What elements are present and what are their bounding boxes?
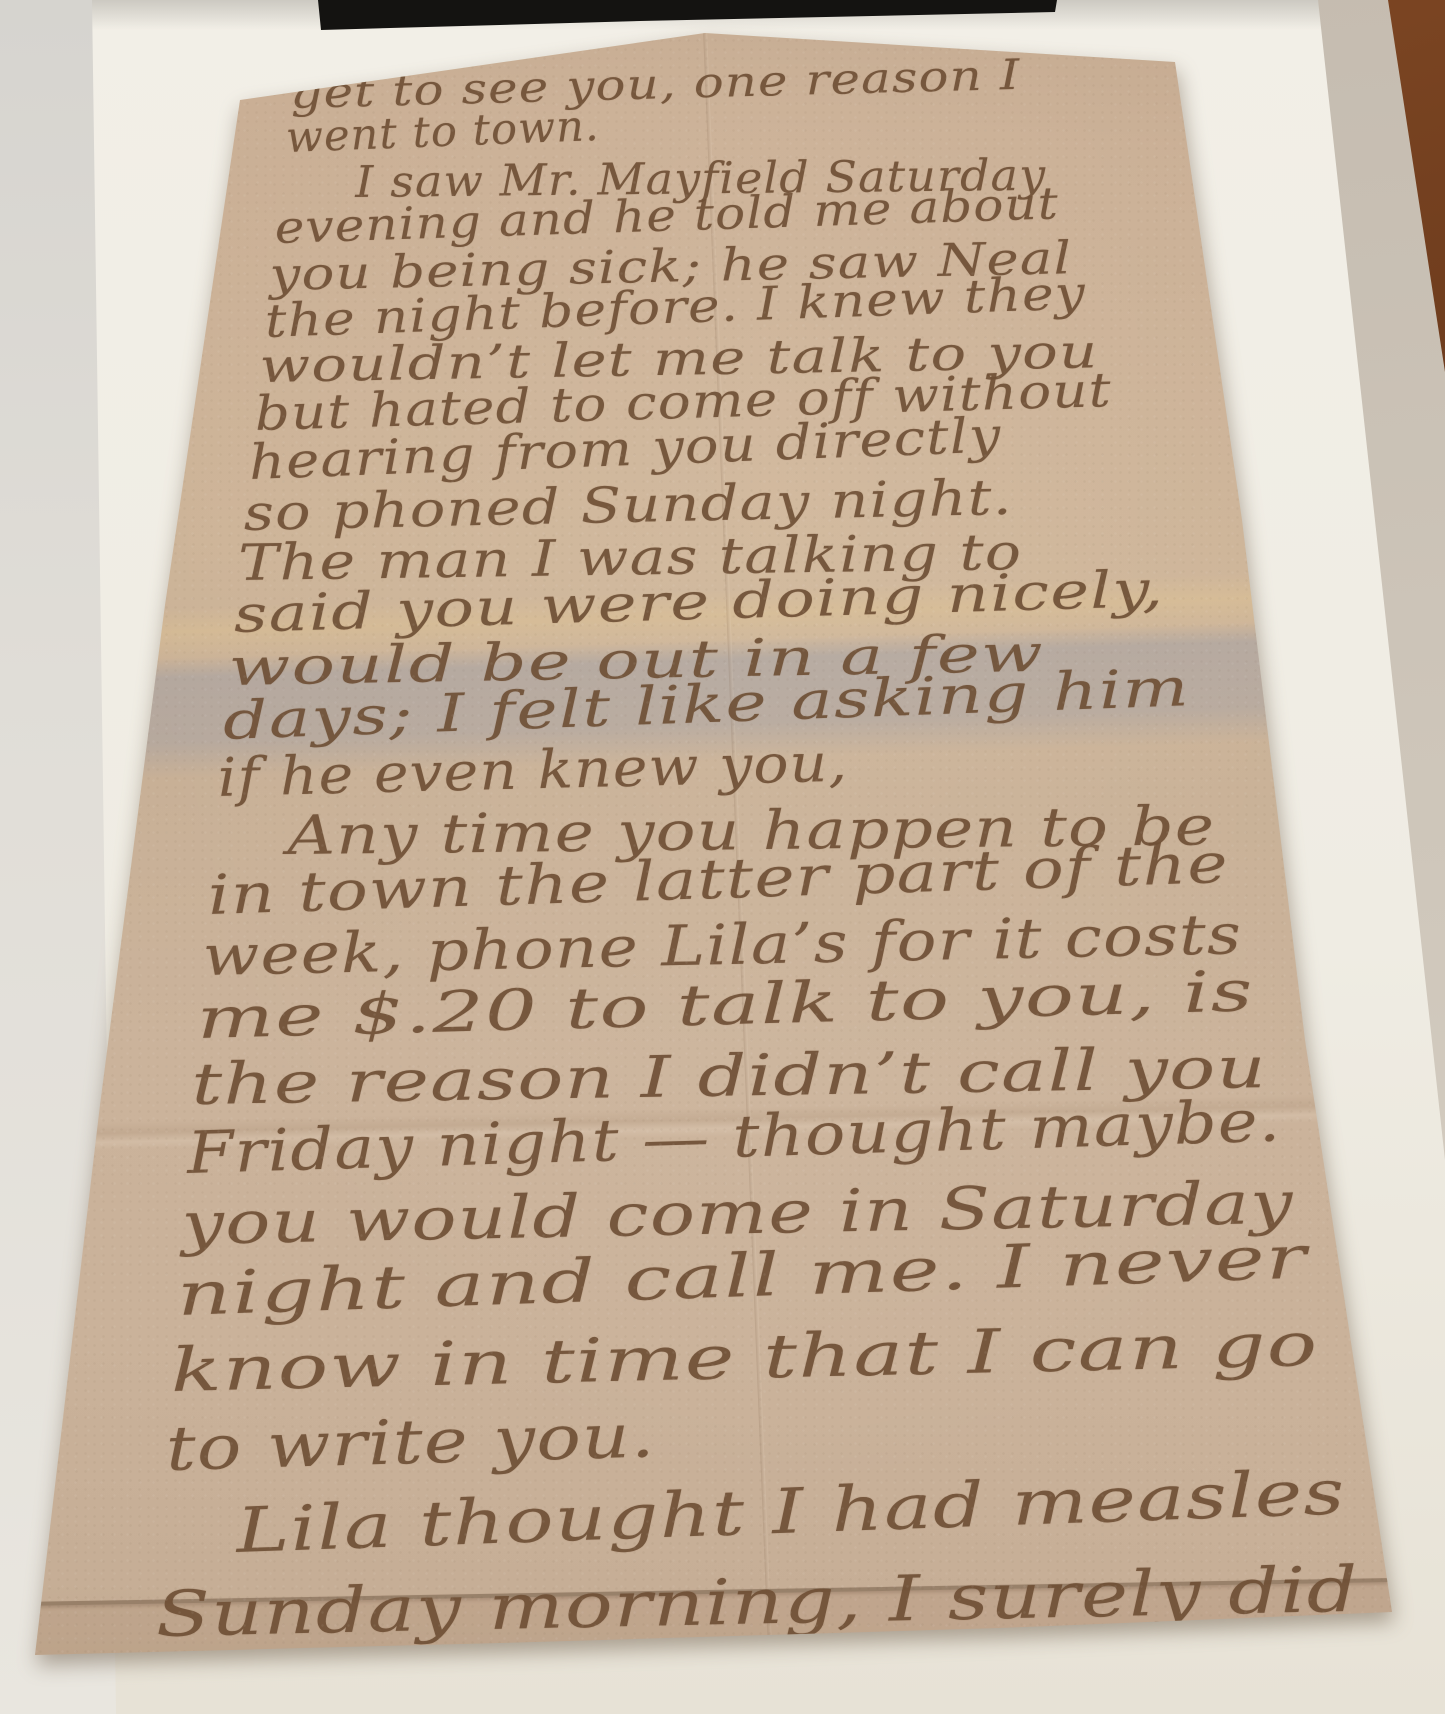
letter-page: get to see you, one reason Iwent to town…	[0, 0, 1445, 1714]
handwriting-line: went to town.	[285, 101, 600, 163]
handwriting-line: Sunday morning, I surely did	[155, 1552, 1359, 1650]
handwriting-line: to write you.	[165, 1400, 656, 1485]
handwriting-layer: get to see you, one reason Iwent to town…	[0, 0, 1445, 1714]
photo-scene: get to see you, one reason Iwent to town…	[0, 0, 1445, 1714]
letter-page-wrap: get to see you, one reason Iwent to town…	[0, 0, 1445, 1714]
